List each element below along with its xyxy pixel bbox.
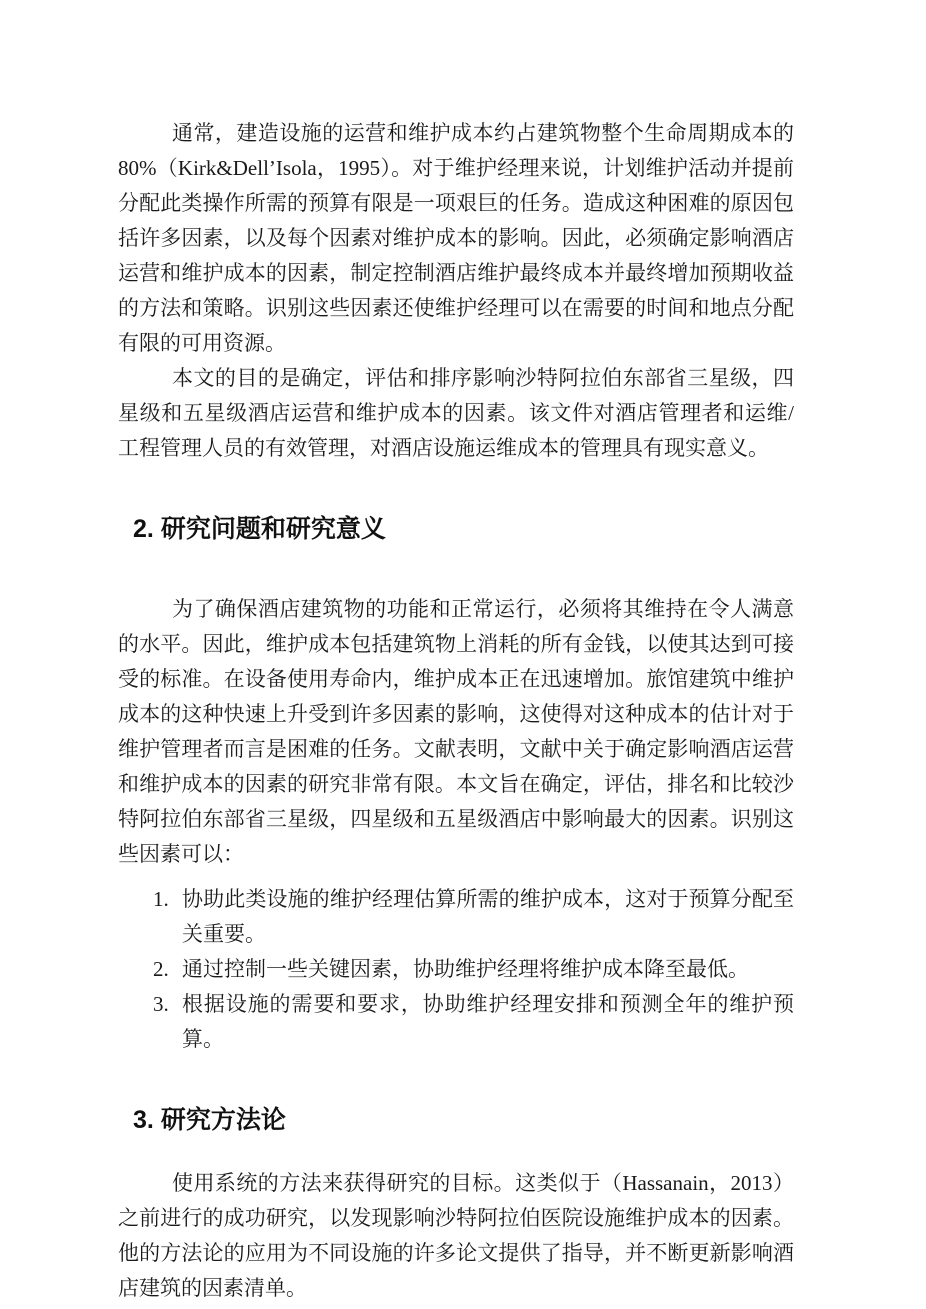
list-item: 2. 通过控制一些关键因素，协助维护经理将维护成本降至最低。	[118, 952, 794, 987]
document-page: 通常，建造设施的运营和维护成本约占建筑物整个生命周期成本的 80%（Kirk&D…	[0, 0, 926, 1309]
list-item: 1. 协助此类设施的维护经理估算所需的维护成本，这对于预算分配至关重要。	[118, 882, 794, 952]
list-item-text: 协助此类设施的维护经理估算所需的维护成本，这对于预算分配至关重要。	[182, 882, 794, 952]
list-item: 3. 根据设施的需要和要求，协助维护经理安排和预测全年的维护预算。	[118, 987, 794, 1057]
section2-paragraph: 为了确保酒店建筑物的功能和正常运行，必须将其维持在令人满意的水平。因此，维护成本…	[118, 592, 794, 872]
section-number: 3.	[133, 1106, 154, 1134]
section-title: 研究方法论	[161, 1106, 286, 1134]
list-item-number: 1.	[153, 882, 182, 952]
section3-paragraph: 使用系统的方法来获得研究的目标。这类似于（Hassanain，2013）之前进行…	[118, 1166, 794, 1306]
list-item-number: 3.	[153, 987, 182, 1057]
section-heading-methodology: 3.研究方法论	[133, 1105, 794, 1135]
list-item-number: 2.	[153, 952, 182, 987]
list-item-text: 根据设施的需要和要求，协助维护经理安排和预测全年的维护预算。	[182, 987, 794, 1057]
section-title: 研究问题和研究意义	[161, 515, 386, 543]
list-item-text: 通过控制一些关键因素，协助维护经理将维护成本降至最低。	[182, 952, 794, 987]
intro-paragraph-2: 本文的目的是确定，评估和排序影响沙特阿拉伯东部省三星级，四星级和五星级酒店运营和…	[118, 361, 794, 466]
section-heading-research-problem: 2.研究问题和研究意义	[133, 514, 794, 544]
objectives-list: 1. 协助此类设施的维护经理估算所需的维护成本，这对于预算分配至关重要。 2. …	[118, 882, 794, 1057]
section-number: 2.	[133, 515, 154, 543]
intro-paragraph-1: 通常，建造设施的运营和维护成本约占建筑物整个生命周期成本的 80%（Kirk&D…	[118, 116, 794, 361]
